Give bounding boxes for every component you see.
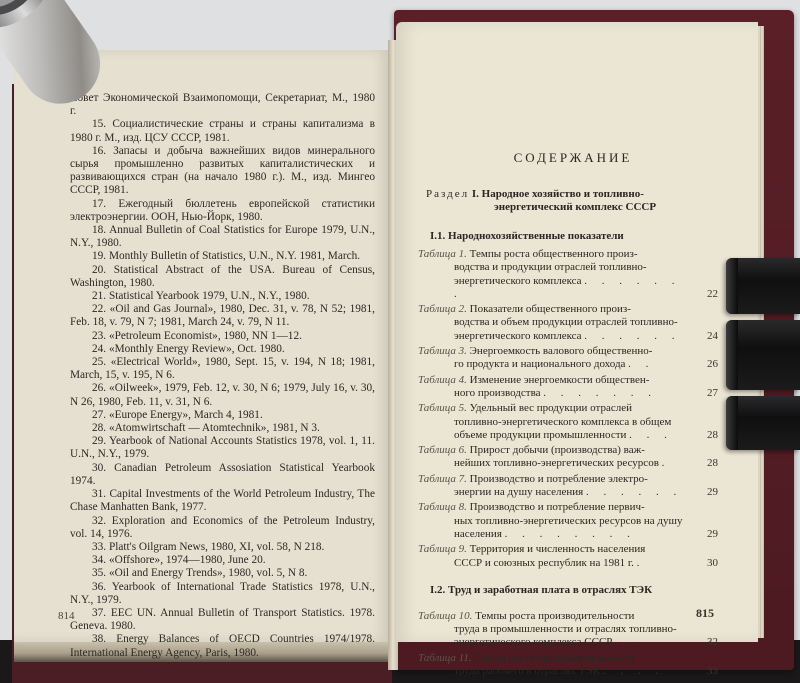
reference-item: 35. «Oil and Energy Trends», 1980, vol. …: [70, 567, 375, 580]
table-label: Таблица 11.: [418, 652, 472, 664]
page-number-left: 814: [58, 610, 75, 622]
reference-item: 18. Annual Bulletin of Coal Statistics f…: [70, 224, 375, 250]
entry-title: Изменение энергоемкости обществен-: [470, 374, 650, 386]
section-prefix: Раздел: [426, 188, 469, 200]
page-ref: 28: [694, 429, 718, 442]
toc-entry[interactable]: Таблица 10. Темпы роста производительнос…: [418, 610, 718, 650]
page-ref: 29: [694, 486, 718, 499]
table-label: Таблица 6.: [418, 444, 467, 456]
toc-entry[interactable]: Таблица 7. Производство и потребление эл…: [418, 473, 718, 500]
reference-item: 32. Exploration and Economics of the Pet…: [70, 515, 375, 541]
entry-title-cont: СССР и союзных республик на 1981 г.: [454, 557, 634, 569]
subsection-title: I.1. Народнохозяйственные показатели: [430, 230, 718, 242]
reference-item: 26. «Oilweek», 1979, Feb. 12, v. 30, N 6…: [70, 382, 375, 408]
leader-dots: . . .: [615, 636, 659, 648]
table-of-contents: СОДЕРЖАНИЕ Раздел I. Народное хозяйство …: [418, 150, 718, 680]
entry-title: Энергоемкость валового общественно-: [470, 345, 653, 357]
page-ref: 28: [694, 457, 718, 470]
entry-title: Темпы роста производительности: [474, 652, 633, 664]
reference-item: 38. Energy Balances of OECD Countries 19…: [70, 633, 375, 659]
leader-dots: . . . . . . .: [543, 387, 657, 399]
reference-item: 17. Ежегодный бюллетень европейской стат…: [70, 198, 375, 224]
leader-dots: . .: [628, 358, 654, 370]
page-ref: 26: [694, 358, 718, 371]
reference-item: 24. «Monthly Energy Review», Oct. 1980.: [70, 343, 375, 356]
toc-entry[interactable]: Таблица 11. Темпы роста производительнос…: [418, 652, 718, 679]
table-label: Таблица 10.: [418, 610, 472, 622]
toc-entry[interactable]: Таблица 4. Изменение энергоемкости общес…: [418, 374, 718, 401]
reference-list: Совет Экономической Взаимопомощи, Секрет…: [70, 92, 375, 660]
binder-clip: [726, 258, 800, 314]
page-ref: 30: [694, 557, 718, 570]
leader-dots: . . . . . . . .: [505, 528, 636, 540]
toc-entry[interactable]: Таблица 9. Территория и численность насе…: [418, 543, 718, 570]
entry-title: Территория и численность населения: [470, 543, 646, 555]
reference-item: 36. Yearbook of International Trade Stat…: [70, 581, 375, 607]
entry-title-cont: энергии на душу населения: [454, 486, 583, 498]
entry-title: Темпы роста производительности: [475, 610, 634, 622]
toc-entry[interactable]: Таблица 1. Темпы роста общественного про…: [418, 248, 718, 301]
table-label: Таблица 5.: [418, 402, 467, 414]
leader-dots: . . .: [629, 429, 673, 441]
section-title-line2: энергетический комплекс СССР: [426, 201, 718, 214]
page-number-right: 815: [696, 606, 714, 621]
table-label: Таблица 7.: [418, 473, 467, 485]
reference-item: 29. Yearbook of National Accounts Statis…: [70, 435, 375, 461]
reference-item: 27. «Europe Energy», March 4, 1981.: [70, 409, 375, 422]
reference-item: 28. «Atomwirtschaft — Atomtechnik», 1981…: [70, 422, 375, 435]
reference-item: 19. Monthly Bulletin of Statistics, U.N.…: [70, 250, 375, 263]
reference-item: 22. «Oil and Gas Journal», 1980, Dec. 31…: [70, 303, 375, 329]
table-label: Таблица 3.: [418, 345, 467, 357]
table-label: Таблица 9.: [418, 543, 467, 555]
entry-title: Производство и потребление электро-: [470, 473, 648, 485]
entry-title-cont: труда рабочего в отраслях ТЭК: [454, 665, 600, 677]
entry-title-cont: ного производства: [454, 387, 541, 399]
entry-title: Удельный вес продукции отраслей: [470, 402, 632, 414]
reference-item: 21. Statistical Yearbook 1979, U.N., N.Y…: [70, 290, 375, 303]
leader-dots: .: [662, 457, 671, 469]
section-heading: Раздел I. Народное хозяйство и топливно-…: [418, 188, 718, 214]
reference-item: 25. «Electrical World», 1980, Sept. 15, …: [70, 356, 375, 382]
reference-item: 30. Canadian Petroleum Assosiation Stati…: [70, 462, 375, 488]
page-ref: 29: [694, 528, 718, 541]
reference-item: 33. Platt's Oilgram News, 1980, XI, vol.…: [70, 541, 375, 554]
reference-item: 37. EEC UN. Annual Bulletin of Transport…: [70, 607, 375, 633]
table-label: Таблица 8.: [418, 501, 467, 513]
binder-clip: [726, 396, 800, 450]
reference-item: 16. Запасы и добыча важнейших видов мине…: [70, 145, 375, 198]
leader-dots: . . . . . .: [584, 330, 680, 342]
reference-item: Совет Экономической Взаимопомощи, Секрет…: [70, 92, 375, 118]
binder-clip: [726, 320, 800, 390]
entry-title: Прирост добычи (производства) важ-: [470, 444, 645, 456]
toc-entry[interactable]: Таблица 6. Прирост добычи (производства)…: [418, 444, 718, 471]
leader-dots: . . . .: [603, 665, 664, 677]
reference-item: 34. «Offshore», 1974—1980, June 20.: [70, 554, 375, 567]
page-ref: 22: [694, 288, 718, 301]
toc-entry[interactable]: Таблица 8. Производство и потребление пе…: [418, 501, 718, 541]
entry-title-cont: го продукта и национального дохода: [454, 358, 625, 370]
leader-dots: . . . . . .: [586, 486, 682, 498]
reference-item: 20. Statistical Abstract of the USA. Bur…: [70, 264, 375, 290]
page-ref: 24: [694, 330, 718, 343]
page-ref: 33: [694, 665, 718, 678]
toc-entry[interactable]: Таблица 3. Энергоемкость валового общест…: [418, 345, 718, 372]
page-ref: 32: [694, 636, 718, 649]
table-label: Таблица 4.: [418, 374, 467, 386]
page-ref: 27: [694, 387, 718, 400]
leader-dots: .: [637, 557, 646, 569]
reference-item: 15. Социалистические страны и страны кап…: [70, 118, 375, 144]
subsection-title: I.2. Труд и заработная плата в отраслях …: [430, 584, 718, 596]
toc-title: СОДЕРЖАНИЕ: [418, 150, 718, 166]
table-label: Таблица 2.: [418, 303, 467, 315]
entry-title: Производство и потребление первич-: [470, 501, 645, 513]
entry-title-cont: нейших топливно-энергетических ресурсов: [454, 457, 659, 469]
metal-weight-icon: 100: [0, 0, 110, 110]
section-title-line1: I. Народное хозяйство и топливно-: [472, 188, 644, 200]
toc-entry[interactable]: Таблица 2. Показатели общественного прои…: [418, 303, 718, 343]
entry-title: Темпы роста общественного произ-: [470, 248, 638, 260]
toc-entry[interactable]: Таблица 5. Удельный вес продукции отрасл…: [418, 402, 718, 442]
reference-item: 31. Capital Investments of the World Pet…: [70, 488, 375, 514]
reference-item: 23. «Petroleum Economist», 1980, NN 1—12…: [70, 330, 375, 343]
entry-title: Показатели общественного произ-: [470, 303, 631, 315]
table-label: Таблица 1.: [418, 248, 467, 260]
